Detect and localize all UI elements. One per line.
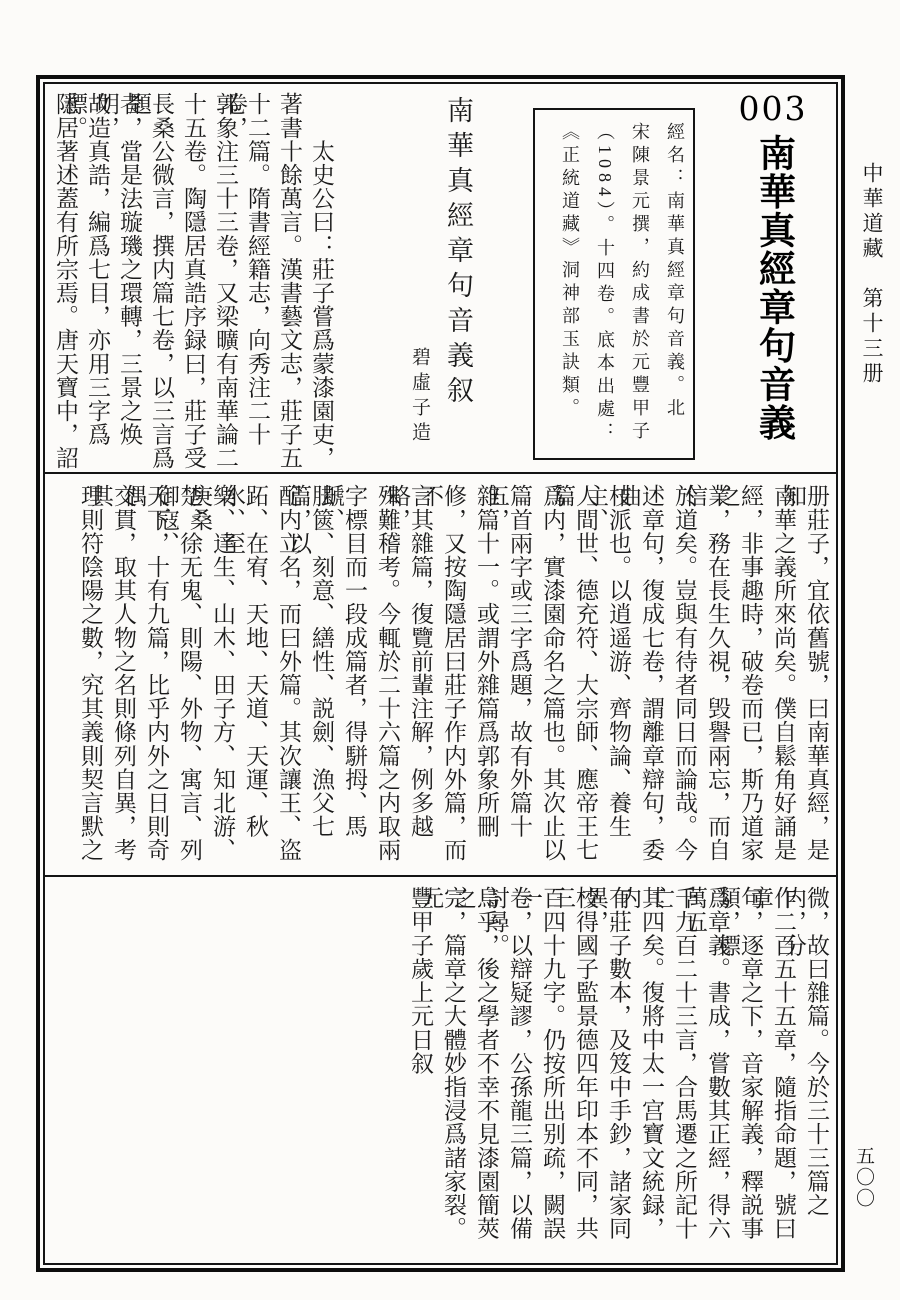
text-column: 完，篇章之大體妙指浸爲諸家裂。元 [432, 886, 465, 1263]
text-column: 修，又按陶隱居曰莊子作内外篇，而不 [432, 484, 465, 875]
text-column: 隱居著述蓋有所宗焉。唐天寶中，詔 [45, 92, 77, 472]
text-column: 作二百五十五章，隨指命題，號曰章 [762, 886, 795, 1263]
text-column: （1084）。十四卷。底本出處： [579, 122, 614, 446]
text-column: 殊難稽考。今輒於二十六篇之内取兩 [366, 484, 399, 875]
section-number: 003 [739, 92, 808, 125]
page-frame: 003 南華真經章句音義 經名：南華真經章句音義。北宋陳景元撰，約成書於元豐甲子… [36, 75, 845, 1272]
text-column: 有莊子數本，及笈中手鈔，諸家同異， [597, 886, 630, 1263]
text-column: 太史公曰：莊子嘗爲蒙漆園吏， [301, 92, 333, 472]
text-column: 其四矣。復將中太一宫寶文統録，内 [630, 886, 663, 1263]
text-column: 長桑公微言，撰内篇七卷，以三言爲題 [141, 92, 173, 472]
text-column: 校得國子監景德四年印本不同，共三 [564, 886, 597, 1263]
text-column: 人間世、德充符、大宗師、應帝王七篇 [564, 484, 597, 875]
text-column: 十二篇。隋書經籍志，向秀注二十卷， [237, 92, 269, 472]
text-column: 《正統道藏》洞神部玉訣類。 [544, 122, 579, 446]
text-column: 配内立名，而曰外篇。其次讓王、盗 [267, 484, 300, 875]
text-column: 者，當是法璇璣之環轉，三景之焕明， [109, 92, 141, 472]
text-column: 言其雜篇，復覽前輩注解，例多越略， [399, 484, 432, 875]
text-column: 豐甲子歲上元日叙 [399, 886, 432, 1263]
register-top: 003 南華真經章句音義 經名：南華真經章句音義。北宋陳景元撰，約成書於元豐甲子… [45, 84, 836, 472]
text-column: 業，務在長生久視，毁譽兩忘，而自信 [696, 484, 729, 875]
text-column: 經名：南華真經章句音義。北 [649, 122, 684, 446]
text-column: 述章句，復成七卷，謂離章辯句，委曲 [630, 484, 663, 875]
page-number: 五〇〇 [854, 1146, 873, 1209]
text-column: 爲章義。書成，嘗數其正經，得六萬五 [696, 886, 729, 1263]
book-title-column: 003 南華真經章句音義 [743, 92, 803, 442]
preface-author: 碧虛子造 [405, 92, 429, 472]
text-column: 經，非事趣時，破卷而已，斯乃道家之 [729, 484, 762, 875]
text-column: 楚、徐无鬼、則陽、外物、寓言、列御寇、 [168, 484, 201, 875]
text-column: 册莊子，宜依舊號，曰南華真經，是知 [795, 484, 828, 875]
text-column: 跖、在宥、天地、天道、天運、秋水、至 [234, 484, 267, 875]
running-head: 中華道藏 第十三册 [861, 162, 882, 387]
text-column: 理則符陰陽之數，究其義則契言默之 [69, 484, 102, 875]
text-column: 交貫，取其人物之名則條列自異，考其 [102, 484, 135, 875]
text-column: 微，故曰雜篇。今於三十三篇之内，分 [795, 886, 828, 1263]
text-column: 百四十九字。仍按所出别疏，闕誤一 [531, 886, 564, 1263]
text-column: 宋陳景元撰，約成書於元豐甲子 [614, 122, 649, 446]
text-column: 字標目而一段成篇者，得駢拇、馬蹏、 [333, 484, 366, 875]
scripture-info-box: 經名：南華真經章句音義。北宋陳景元撰，約成書於元豐甲子（1084）。十四卷。底本… [533, 108, 695, 460]
text-column: 樂、達生、山木、田子方、知北游、庚桑 [201, 484, 234, 875]
text-column: 著書十餘萬言。漢書藝文志，莊子五 [269, 92, 301, 472]
text-column: 胠篋、刻意、繕性、説劍、漁父七篇，以 [300, 484, 333, 875]
text-column: 郭象注三十三卷，又梁曠有南華論二 [205, 92, 237, 472]
text-column: 句，逐章之下，音家解義，釋説事類，標 [729, 886, 762, 1263]
text-column: 天下，十有九篇，比乎内外之日則奇偶 [135, 484, 168, 875]
text-column: 南華之義所來尚矣。僕自鬆角好誦是 [762, 484, 795, 875]
text-column: 雜篇十一。或謂外雜篇爲郭象所刪 [465, 484, 498, 875]
book-title: 南華真經章句音義 [755, 134, 792, 442]
text-column: 千九百二十三言，合馬遷之所記十亡 [663, 886, 696, 1263]
page-inner-border: 003 南華真經章句音義 經名：南華真經章句音義。北宋陳景元撰，約成書於元豐甲子… [43, 82, 838, 1265]
text-column: 烏乎，後之學者不幸不見漆園簡莢之 [465, 886, 498, 1263]
text-column: 枝派也。以逍遥游、齊物論、養生主、 [597, 484, 630, 875]
text-column: 於道矣。豈與有待者同日而論哉。今 [663, 484, 696, 875]
preface-title: 南華真經章句音義叙 [441, 96, 471, 472]
text-column: 十五卷。陶隱居真誥序録曰，莊子受 [173, 92, 205, 472]
text-column: 故造真誥，編爲七目，亦用三字爲標。 [77, 92, 109, 472]
text-column: 爲内，實漆園命名之篇也。其次止以 [531, 484, 564, 875]
text-column: 卷，以辯疑謬，公孫龍三篇，以備討尋。 [498, 886, 531, 1263]
text-column: 篇首兩字或三字爲題，故有外篇十五， [498, 484, 531, 875]
register-middle: 册莊子，宜依舊號，曰南華真經，是知南華之義所來尚矣。僕自鬆角好誦是經，非事趣時，… [45, 472, 836, 875]
register-bottom: 微，故曰雜篇。今於三十三篇之内，分作二百五十五章，隨指命題，號曰章句，逐章之下，… [45, 875, 836, 1263]
